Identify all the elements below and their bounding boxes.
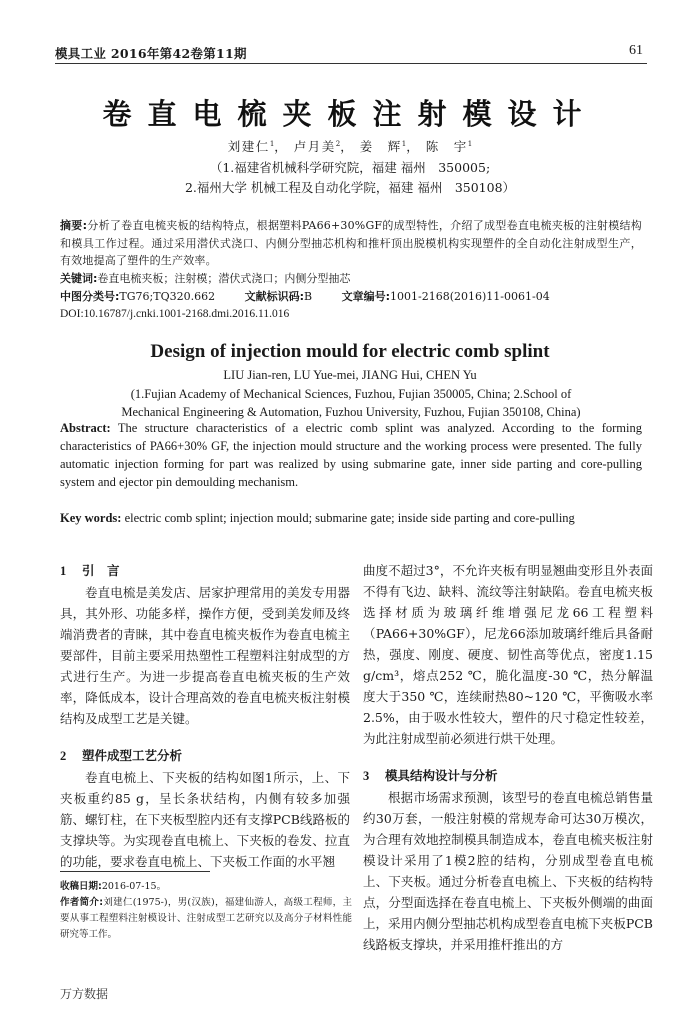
article-no-value: 1001-2168(2016)11-0061-04: [390, 290, 550, 303]
affiliation-en: (1.Fujian Academy of Mechanical Sciences…: [60, 385, 642, 421]
doi: DOI:10.16787/j.cnki.1001-2168.dmi.2016.1…: [60, 306, 289, 323]
abstract-text-cn: 分析了卷直电梳夹板的结构特点，根据塑料PA66+30%GF的成型特性，介绍了成型…: [60, 219, 642, 267]
section-heading-3: 3模具结构设计与分析: [363, 765, 653, 787]
bio-label: 作者简介:: [60, 897, 103, 908]
keywords-cn: 关键词:卷直电梳夹板；注射模；潜伏式浇口；内侧分型抽芯: [60, 270, 350, 287]
author-name: 卢月美: [294, 139, 336, 154]
keywords-text-cn: 卷直电梳夹板；注射模；潜伏式浇口；内侧分型抽芯: [97, 272, 350, 285]
abstract-label-en: Abstract:: [60, 421, 111, 435]
page-number: 61: [629, 43, 643, 59]
paragraph-process-analysis-cont: 曲度不超过3°，不允许夹板有明显翘曲变形且外表面不得有飞边、缺料、流纹等注射缺陷…: [363, 560, 653, 749]
author-list-en: LIU Jian-ren, LU Yue-mei, JIANG Hui, CHE…: [0, 368, 700, 383]
author-name: 刘建仁: [228, 139, 270, 154]
affiliation-en-1: (1.Fujian Academy of Mechanical Sciences…: [60, 385, 642, 403]
author-affil-mark: 1: [270, 140, 274, 148]
affiliation-cn-2: 2.福州大学 机械工程及自动化学院，福建 福州 350108）: [0, 178, 700, 196]
paper-title-en: Design of injection mould for electric c…: [0, 341, 700, 363]
author-bio: 作者简介:刘建仁(1975-)，男(汉族)，福建仙游人，高级工程师，主要从事工程…: [60, 895, 352, 943]
section-heading-2: 2塑件成型工艺分析: [60, 745, 350, 767]
classification-line: 中图分类号:TG76;TQ320.662 文献标识码:B 文章编号:1001-2…: [60, 288, 642, 305]
section-number: 1: [60, 561, 82, 582]
doi-value: 10.16787/j.cnki.1001-2168.dmi.2016.11.01…: [84, 308, 290, 320]
keywords-label-en: Key words:: [60, 511, 121, 525]
body-column-right: 曲度不超过3°，不允许夹板有明显翘曲变形且外表面不得有飞边、缺料、流纹等注射缺陷…: [363, 560, 653, 955]
clc-value: TG76;TQ320.662: [119, 290, 215, 303]
document-code: 文献标识码:B: [245, 288, 313, 305]
paragraph-intro: 卷直电梳是美发店、居家护理常用的美发专用器具，其外形、功能多样，操作方便，受到美…: [60, 582, 350, 729]
abstract-cn: 摘要:分析了卷直电梳夹板的结构特点，根据塑料PA66+30%GF的成型特性，介绍…: [60, 217, 642, 270]
keywords-text-en: electric comb splint; injection mould; s…: [125, 511, 575, 525]
author-affil-mark: 1: [468, 140, 472, 148]
section-title: 引 言: [82, 563, 120, 578]
abstract-en: Abstract: The structure characteristics …: [60, 419, 642, 491]
article-no-label: 文章编号:: [342, 290, 390, 303]
clc-number: 中图分类号:TG76;TQ320.662: [60, 288, 215, 305]
author-name: 陈 宇: [426, 139, 468, 154]
paper-title-cn: 卷直电梳夹板注射模设计: [0, 92, 700, 133]
author-affil-mark: 1: [402, 140, 406, 148]
footnote: 收稿日期:2016-07-15。 作者简介:刘建仁(1975-)，男(汉族)，福…: [60, 879, 352, 943]
doc-code-value: B: [304, 290, 312, 303]
keywords-en: Key words: electric comb splint; injecti…: [60, 509, 642, 527]
doc-code-label: 文献标识码:: [245, 290, 304, 303]
running-head: 模具工业 2016年第42卷第11期 61: [55, 42, 647, 64]
section-number: 3: [363, 766, 385, 787]
received-label: 收稿日期:: [60, 881, 102, 892]
article-number: 文章编号:1001-2168(2016)11-0061-04: [342, 288, 550, 305]
doi-label: DOI:: [60, 308, 84, 320]
paragraph-process-analysis: 卷直电梳上、下夹板的结构如图1所示，上、下夹板重约85 g，呈长条状结构，内侧有…: [60, 767, 350, 872]
bio-text: 刘建仁(1975-)，男(汉族)，福建仙游人，高级工程师，主要从事工程塑料注射模…: [60, 897, 352, 940]
section-title: 塑件成型工艺分析: [82, 748, 182, 763]
abstract-label-cn: 摘要:: [60, 219, 87, 232]
author-affil-mark: 2: [336, 140, 340, 148]
body-column-left: 1引 言 卷直电梳是美发店、居家护理常用的美发专用器具，其外形、功能多样，操作方…: [60, 560, 350, 872]
keywords-label-cn: 关键词:: [60, 272, 97, 285]
section-heading-1: 1引 言: [60, 560, 350, 582]
abstract-text-en: The structure characteristics of a elect…: [60, 421, 642, 489]
footnote-divider: [60, 871, 210, 872]
journal-issue: 模具工业 2016年第42卷第11期: [55, 44, 247, 62]
section-number: 2: [60, 746, 82, 767]
received-date: 收稿日期:2016-07-15。: [60, 879, 352, 895]
author-name: 姜 辉: [360, 139, 402, 154]
wanfang-watermark: 万方数据: [60, 985, 108, 1002]
paragraph-mould-design: 根据市场需求预测，该型号的卷直电梳总销售量约30万套，一般注射模的常规寿命可达3…: [363, 787, 653, 955]
author-list-cn: 刘建仁1， 卢月美2， 姜 辉1， 陈 宇1: [0, 137, 700, 155]
section-title: 模具结构设计与分析: [385, 768, 498, 783]
clc-label: 中图分类号:: [60, 290, 119, 303]
affiliation-cn-1: （1.福建省机械科学研究院，福建 福州 350005;: [0, 158, 700, 176]
received-value: 2016-07-15。: [102, 881, 166, 892]
